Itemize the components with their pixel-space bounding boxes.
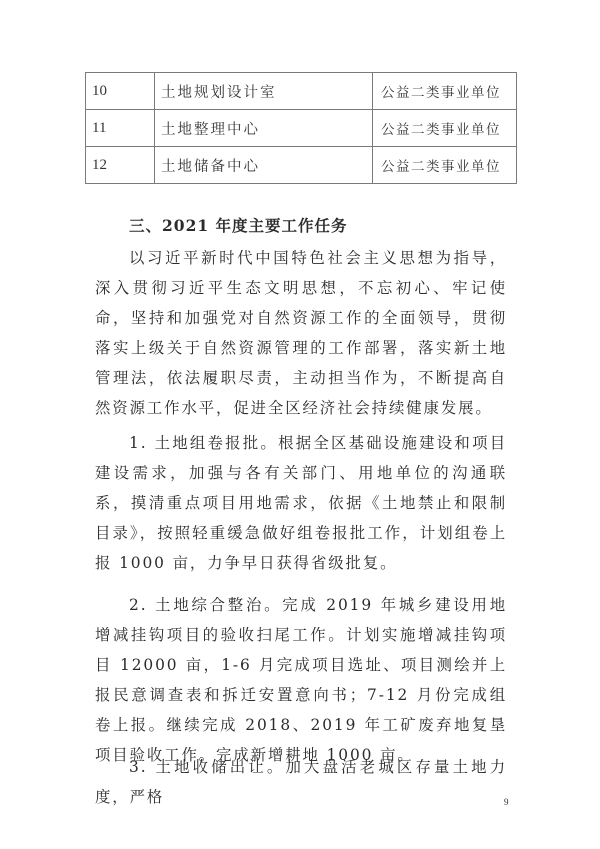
section-heading: 三、2021 年度主要工作任务 (129, 214, 348, 236)
body-text: 1. 土地组卷报批。根据全区基础设施建设和项目建设需求，加强与各有关部门、用地单… (95, 428, 507, 578)
document-page: 10 土地规划设计室 公益二类事业单位 11 土地整理中心 公益二类事业单位 1… (0, 0, 600, 849)
table-row: 10 土地规划设计室 公益二类事业单位 (86, 73, 517, 110)
table-row: 11 土地整理中心 公益二类事业单位 (86, 110, 517, 147)
intro-paragraph: 以习近平新时代中国特色社会主义思想为指导，深入贯彻习近平生态文明思想，不忘初心、… (95, 243, 507, 423)
row-number: 11 (86, 110, 155, 147)
page-number: 9 (504, 797, 509, 807)
unit-name: 土地储备中心 (155, 147, 373, 184)
row-number: 10 (86, 73, 155, 110)
unit-name: 土地整理中心 (155, 110, 373, 147)
task-paragraph-3: 3. 土地收储出让。加大盘活老城区存量土地力度，严格 (95, 752, 507, 812)
row-number: 12 (86, 147, 155, 184)
task-paragraph-2: 2. 土地综合整治。完成 2019 年城乡建设用地增减挂钩项目的验收扫尾工作。计… (95, 590, 507, 770)
body-text: 3. 土地收储出让。加大盘活老城区存量土地力度，严格 (95, 752, 507, 812)
unit-type: 公益二类事业单位 (373, 73, 517, 110)
body-text: 以习近平新时代中国特色社会主义思想为指导，深入贯彻习近平生态文明思想，不忘初心、… (95, 243, 507, 423)
unit-type: 公益二类事业单位 (373, 110, 517, 147)
table-row: 12 土地储备中心 公益二类事业单位 (86, 147, 517, 184)
task-paragraph-1: 1. 土地组卷报批。根据全区基础设施建设和项目建设需求，加强与各有关部门、用地单… (95, 428, 507, 578)
unit-name: 土地规划设计室 (155, 73, 373, 110)
body-text: 2. 土地综合整治。完成 2019 年城乡建设用地增减挂钩项目的验收扫尾工作。计… (95, 590, 507, 770)
unit-type: 公益二类事业单位 (373, 147, 517, 184)
institution-table: 10 土地规划设计室 公益二类事业单位 11 土地整理中心 公益二类事业单位 1… (85, 72, 517, 184)
